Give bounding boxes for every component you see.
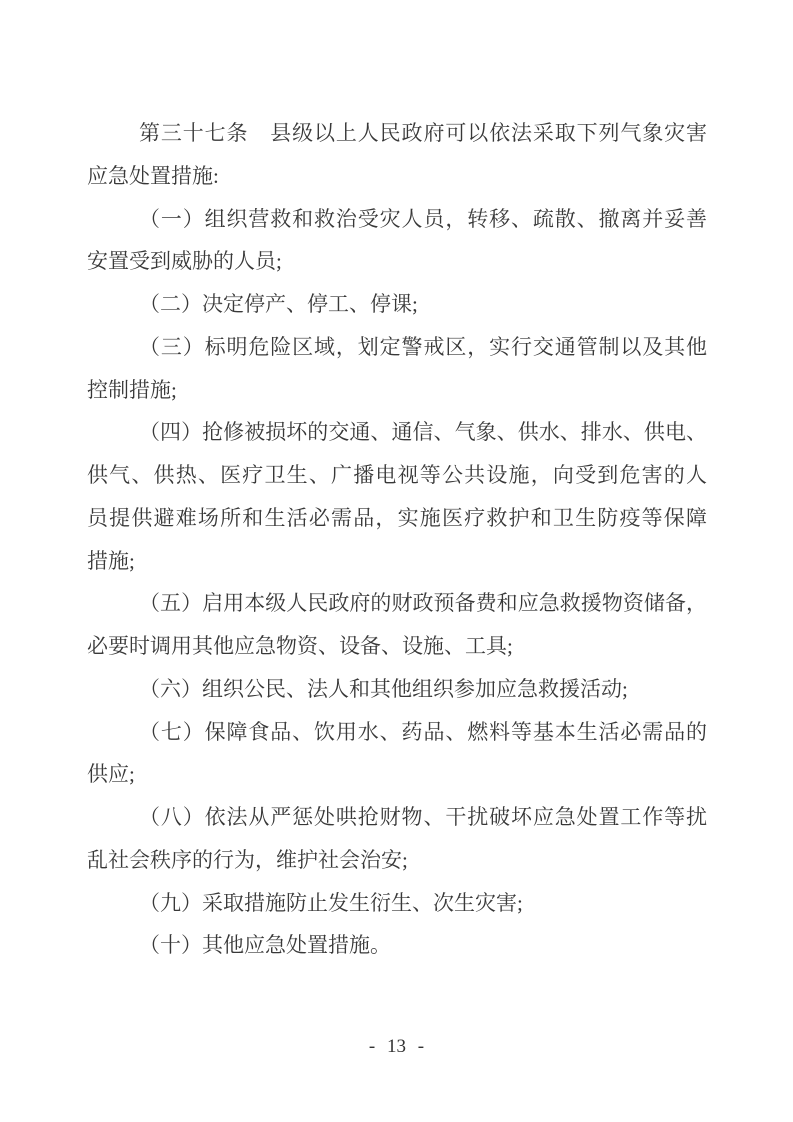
text-line: （十）其他应急处置措施。 bbox=[87, 924, 707, 967]
article-body: 第三十七条 县级以上人民政府可以依法采取下列气象灾害应急处置措施:（一）组织营救… bbox=[87, 112, 707, 967]
text-line: 乱社会秩序的行为，维护社会治安; bbox=[87, 839, 707, 882]
text-line: 应急处置措施: bbox=[87, 155, 707, 198]
text-line: （二）决定停产、停工、停课; bbox=[87, 283, 707, 326]
page-number: - 13 - bbox=[0, 1034, 793, 1060]
text-line: 供应; bbox=[87, 753, 707, 796]
text-line: 必要时调用其他应急物资、设备、设施、工具; bbox=[87, 625, 707, 668]
text-line: （六）组织公民、法人和其他组织参加应急救援活动; bbox=[87, 668, 707, 711]
text-line: 安置受到威胁的人员; bbox=[87, 240, 707, 283]
text-line: （九）采取措施防止发生衍生、次生灾害; bbox=[87, 882, 707, 925]
document-page: 第三十七条 县级以上人民政府可以依法采取下列气象灾害应急处置措施:（一）组织营救… bbox=[0, 0, 793, 1122]
text-line: 控制措施; bbox=[87, 369, 707, 412]
text-line: （七）保障食品、饮用水、药品、燃料等基本生活必需品的 bbox=[87, 711, 707, 754]
text-line: （三）标明危险区域，划定警戒区，实行交通管制以及其他 bbox=[87, 326, 707, 369]
text-line: （四）抢修被损坏的交通、通信、气象、供水、排水、供电、 bbox=[87, 411, 707, 454]
text-line: （一）组织营救和救治受灾人员，转移、疏散、撤离并妥善 bbox=[87, 198, 707, 241]
text-line: 第三十七条 县级以上人民政府可以依法采取下列气象灾害 bbox=[87, 112, 707, 155]
text-line: 员提供避难场所和生活必需品，实施医疗救护和卫生防疫等保障 bbox=[87, 497, 707, 540]
text-line: （八）依法从严惩处哄抢财物、干扰破坏应急处置工作等扰 bbox=[87, 796, 707, 839]
text-line: （五）启用本级人民政府的财政预备费和应急救援物资储备， bbox=[87, 582, 707, 625]
text-line: 措施; bbox=[87, 540, 707, 583]
text-line: 供气、供热、医疗卫生、广播电视等公共设施，向受到危害的人 bbox=[87, 454, 707, 497]
